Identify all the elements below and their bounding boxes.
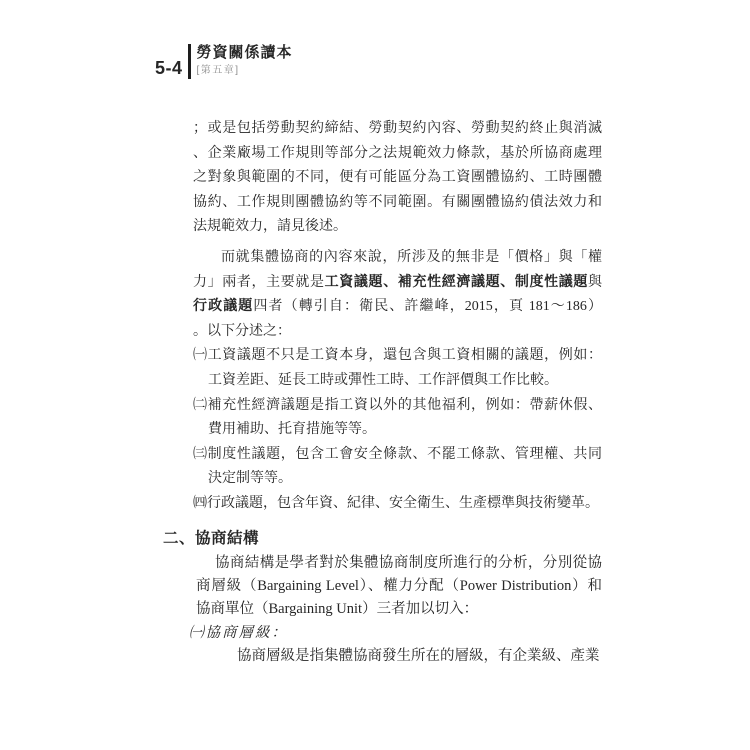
emphasized-terms: 工資議題、補充性經濟議題、制度性議題 [325, 275, 588, 290]
text-line: 協商單位（Bargaining Unit）三者加以切入： [196, 598, 602, 621]
page-header: 5-4 勞資關係讀本 [第五章] [155, 44, 293, 79]
list-item-line: ㈢制度性議題，包含工會安全條款、不罷工條款、管理權、共同 [193, 443, 602, 468]
text-line: 力」兩者，主要就是工資議題、補充性經濟議題、制度性議題與 [193, 271, 602, 296]
text-line: 協商層級是指集體協商發生所在的層級，有企業級、產業 [196, 645, 602, 668]
body-text-block: ；或是包括勞動契約締結、勞動契約內容、勞動契約終止與消滅 、企業廠場工作規則等部… [193, 117, 602, 517]
text-segment: 與 [588, 275, 602, 290]
text-line: 商層級（Bargaining Level）、權力分配（Power Distrib… [196, 575, 602, 598]
header-divider [188, 44, 191, 79]
list-item-line: ㈡補充性經濟議題是指工資以外的其他福利，例如：帶薪休假、 [193, 394, 602, 419]
section-heading: 二、協商結構 [163, 526, 259, 548]
text-line: ；或是包括勞動契約締結、勞動契約內容、勞動契約終止與消滅 [193, 117, 602, 142]
text-line: 。以下分述之： [193, 320, 602, 345]
text-line: 協約、工作規則團體協約等不同範圍。有關團體協約債法效力和 [193, 191, 602, 216]
text-line: 、企業廠場工作規則等部分之法規範效力條款，基於所協商處理 [193, 142, 602, 167]
page-number: 5-4 [155, 59, 183, 79]
text-line: 協商結構是學者對於集體協商制度所進行的分析，分別從協 [196, 552, 602, 575]
text-line: 而就集體協商的內容來說，所涉及的無非是「價格」與「權 [193, 246, 602, 271]
text-line: 之對象與範圍的不同，便有可能區分為工資團體協約、工時團體 [193, 166, 602, 191]
sub-item-heading: ㈠協商層級： [189, 622, 602, 645]
book-title: 勞資關係讀本 [197, 44, 293, 61]
book-page: 5-4 勞資關係讀本 [第五章] ；或是包括勞動契約締結、勞動契約內容、勞動契約… [0, 0, 750, 750]
list-item-line: 決定制等等。 [193, 467, 602, 492]
emphasized-term: 行政議題 [193, 299, 253, 314]
text-segment: 四者（轉引自：衛民、許繼峰，2015，頁 181～186） [253, 299, 602, 314]
text-line: 法規範效力，請見後述。 [193, 215, 602, 240]
header-titles: 勞資關係讀本 [第五章] [197, 44, 293, 79]
text-segment: 力」兩者，主要就是 [193, 275, 325, 290]
list-item-line: ㈠工資議題不只是工資本身，還包含與工資相關的議題，例如： [193, 344, 602, 369]
list-item-line: ㈣行政議題，包含年資、紀律、安全衛生、生產標準與技術變革。 [193, 492, 602, 517]
list-item-line: 工資差距、延長工時或彈性工時、工作評價與工作比較。 [193, 369, 602, 394]
section-body-block: 協商結構是學者對於集體協商制度所進行的分析，分別從協 商層級（Bargainin… [196, 552, 602, 668]
list-item-line: 費用補助、托育措施等等。 [193, 418, 602, 443]
chapter-label: [第五章] [197, 65, 293, 77]
text-line: 行政議題四者（轉引自：衛民、許繼峰，2015，頁 181～186） [193, 295, 602, 320]
